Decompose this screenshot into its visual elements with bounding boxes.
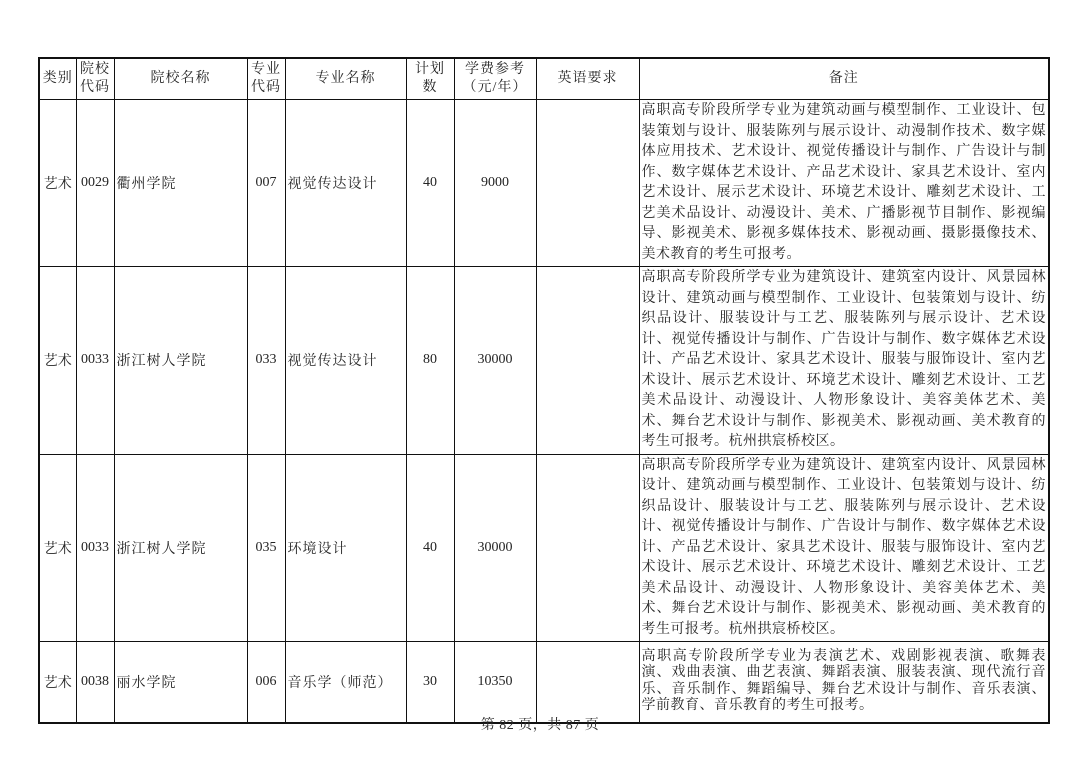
header-category: 类别 bbox=[39, 58, 76, 100]
cell-english-requirement bbox=[536, 642, 639, 723]
cell-category: 艺术 bbox=[39, 267, 76, 455]
header-remark: 备注 bbox=[639, 58, 1049, 100]
admission-plan-table: 类别 院校代码 院校名称 专业代码 专业名称 计划数 学费参考（元/年） 英语要… bbox=[38, 57, 1050, 724]
header-major-name: 专业名称 bbox=[285, 58, 406, 100]
table-row: 艺术 0033 浙江树人学院 033 视觉传达设计 80 30000 高职高专阶… bbox=[39, 267, 1049, 455]
cell-college-code: 0033 bbox=[76, 454, 114, 642]
cell-remark: 高职高专阶段所学专业为表演艺术、戏剧影视表演、歌舞表演、戏曲表演、曲艺表演、舞蹈… bbox=[639, 642, 1049, 723]
table-header-row: 类别 院校代码 院校名称 专业代码 专业名称 计划数 学费参考（元/年） 英语要… bbox=[39, 58, 1049, 100]
header-english-requirement: 英语要求 bbox=[536, 58, 639, 100]
cell-remark: 高职高专阶段所学专业为建筑设计、建筑室内设计、风景园林设计、建筑动画与模型制作、… bbox=[639, 454, 1049, 642]
cell-category: 艺术 bbox=[39, 100, 76, 267]
cell-plan-count: 40 bbox=[406, 100, 454, 267]
cell-plan-count: 80 bbox=[406, 267, 454, 455]
cell-major-code: 033 bbox=[247, 267, 285, 455]
header-tuition: 学费参考（元/年） bbox=[454, 58, 536, 100]
document-page: 类别 院校代码 院校名称 专业代码 专业名称 计划数 学费参考（元/年） 英语要… bbox=[0, 0, 1080, 764]
cell-english-requirement bbox=[536, 100, 639, 267]
cell-major-name: 环境设计 bbox=[285, 454, 406, 642]
cell-tuition: 30000 bbox=[454, 267, 536, 455]
header-plan-count: 计划数 bbox=[406, 58, 454, 100]
cell-college-name: 浙江树人学院 bbox=[114, 454, 247, 642]
table-row: 艺术 0029 衢州学院 007 视觉传达设计 40 9000 高职高专阶段所学… bbox=[39, 100, 1049, 267]
cell-college-name: 浙江树人学院 bbox=[114, 267, 247, 455]
table-row: 艺术 0038 丽水学院 006 音乐学（师范） 30 10350 高职高专阶段… bbox=[39, 642, 1049, 723]
cell-major-name: 视觉传达设计 bbox=[285, 267, 406, 455]
cell-college-code: 0033 bbox=[76, 267, 114, 455]
cell-college-code: 0029 bbox=[76, 100, 114, 267]
cell-plan-count: 40 bbox=[406, 454, 454, 642]
cell-college-name: 丽水学院 bbox=[114, 642, 247, 723]
cell-category: 艺术 bbox=[39, 642, 76, 723]
cell-english-requirement bbox=[536, 454, 639, 642]
cell-major-code: 035 bbox=[247, 454, 285, 642]
cell-tuition: 10350 bbox=[454, 642, 536, 723]
page-footer: 第 82 页，共 87 页 bbox=[0, 714, 1080, 734]
cell-english-requirement bbox=[536, 267, 639, 455]
cell-remark: 高职高专阶段所学专业为建筑设计、建筑室内设计、风景园林设计、建筑动画与模型制作、… bbox=[639, 267, 1049, 455]
cell-major-name: 视觉传达设计 bbox=[285, 100, 406, 267]
cell-tuition: 9000 bbox=[454, 100, 536, 267]
cell-tuition: 30000 bbox=[454, 454, 536, 642]
cell-remark: 高职高专阶段所学专业为建筑动画与模型制作、工业设计、包装策划与设计、服装陈列与展… bbox=[639, 100, 1049, 267]
cell-college-code: 0038 bbox=[76, 642, 114, 723]
header-college-code: 院校代码 bbox=[76, 58, 114, 100]
cell-major-name: 音乐学（师范） bbox=[285, 642, 406, 723]
cell-category: 艺术 bbox=[39, 454, 76, 642]
cell-major-code: 007 bbox=[247, 100, 285, 267]
header-major-code: 专业代码 bbox=[247, 58, 285, 100]
cell-major-code: 006 bbox=[247, 642, 285, 723]
cell-college-name: 衢州学院 bbox=[114, 100, 247, 267]
table-row: 艺术 0033 浙江树人学院 035 环境设计 40 30000 高职高专阶段所… bbox=[39, 454, 1049, 642]
cell-plan-count: 30 bbox=[406, 642, 454, 723]
header-college-name: 院校名称 bbox=[114, 58, 247, 100]
